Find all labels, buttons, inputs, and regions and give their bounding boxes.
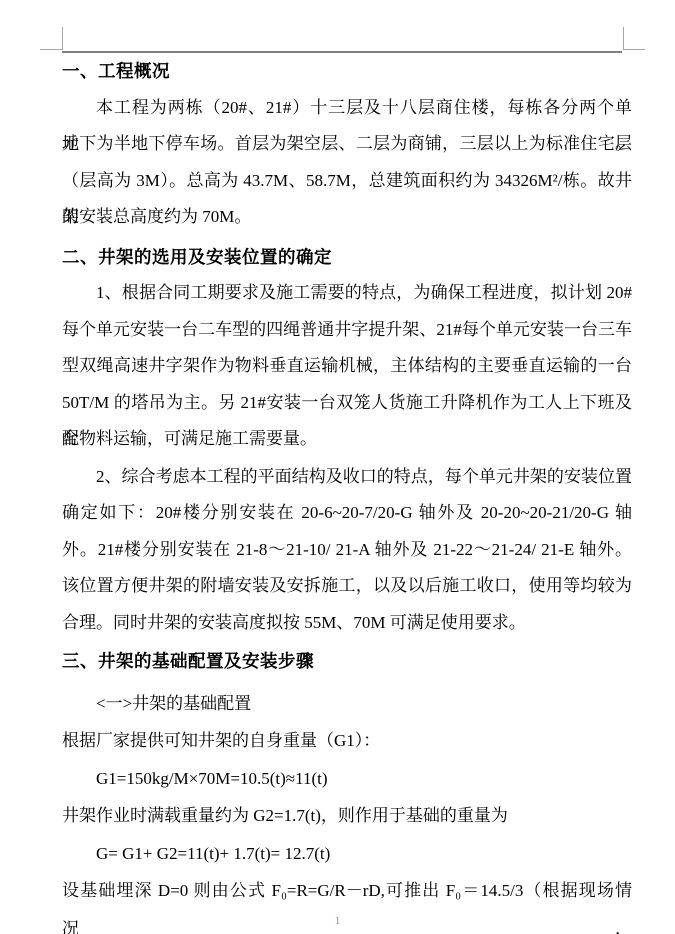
text-line: 50T/M 的塔吊为主。另 21#安装一台双笼人货施工升降机作为工人上下班及配 [62, 385, 632, 422]
text-line: 每个单元安装一台二车型的四绳普通井字提升架、21#每个单元安装一台三车 [62, 312, 632, 349]
text-line: 该位置方便井架的附墙安装及安拆施工，以及以后施工收口，使用等均较为 [62, 568, 632, 605]
text-line: 井架作业时满载重量约为 G2=1.7(t)，则作用于基础的重量为 [62, 797, 632, 835]
subsection-heading: <一>井架的基础配置 [62, 685, 632, 723]
text-line: 外。21#楼分别安装在 21-8～21-10/ 21-A 轴外及 21-22～2… [62, 532, 632, 569]
text-line: 合物料运输，可满足施工需要量。 [62, 421, 632, 458]
margin-crop-mark-left-horizontal [40, 49, 62, 50]
section2-paragraph-1: 1、根据合同工期要求及施工需要的特点，为确保工程进度，拟计划 20# 每个单元安… [62, 275, 632, 458]
margin-crop-mark-left-vertical [62, 27, 63, 50]
text-line: 设基础埋深 D=0 则由公式 F₀=R=G/R－rD,可推出 F₀＝14.5/3… [62, 872, 632, 910]
section2-heading: 二、井架的选用及安装位置的确定 [62, 239, 632, 276]
margin-crop-mark-right-vertical [623, 27, 624, 50]
section3-heading: 三、井架的基础配置及安装步骤 [62, 643, 632, 680]
page-number: 1 [0, 912, 675, 928]
formula-line: G1=150kg/M×70M=10.5(t)≈11(t) [62, 760, 632, 798]
text-line: 的安装总高度约为 70M。 [62, 199, 632, 236]
document-page: 一、工程概况 本工程为两栋（20#、21#）十三层及十八层商住楼，每栋各分两个单… [0, 0, 675, 934]
text-line: （层高为 3M）。总高为 43.7M、58.7M，总建筑面积约为 34326M²… [62, 163, 632, 200]
text-line: 2、综合考虑本工程的平面结构及收口的特点，每个单元井架的安装位置 [62, 459, 632, 496]
text-line: 确定如下：20#楼分别安装在 20-6~20-7/20-G 轴外及 20-20~… [62, 495, 632, 532]
text-line: 根据厂家提供可知井架的自身重量（G1）： [62, 722, 632, 760]
section1-paragraph: 本工程为两栋（20#、21#）十三层及十八层商住楼，每栋各分两个单元。 地下为半… [62, 90, 632, 236]
formula-line: G= G1+ G2=11(t)+ 1.7(t)= 12.7(t) [62, 835, 632, 873]
document-content: 一、工程概况 本工程为两栋（20#、21#）十三层及十八层商住楼，每栋各分两个单… [62, 53, 632, 910]
section2-paragraph-2: 2、综合考虑本工程的平面结构及收口的特点，每个单元井架的安装位置 确定如下：20… [62, 459, 632, 642]
text-line: 本工程为两栋（20#、21#）十三层及十八层商住楼，每栋各分两个单元。 [62, 90, 632, 127]
section3-body: <一>井架的基础配置 根据厂家提供可知井架的自身重量（G1）： G1=150kg… [62, 685, 632, 910]
section1-heading: 一、工程概况 [62, 53, 632, 90]
margin-crop-mark-right-horizontal [623, 49, 645, 50]
text-line: 型双绳高速井字架作为物料垂直运输机械，主体结构的主要垂直运输的一台 [62, 348, 632, 385]
text-line: 地下为半地下停车场。首层为架空层、二层为商铺，三层以上为标准住宅层 [62, 126, 632, 163]
text-line: 1、根据合同工期要求及施工需要的特点，为确保工程进度，拟计划 20# [62, 275, 632, 312]
text-line: 合理。同时井架的安装高度拟按 55M、70M 可满足使用要求。 [62, 605, 632, 642]
